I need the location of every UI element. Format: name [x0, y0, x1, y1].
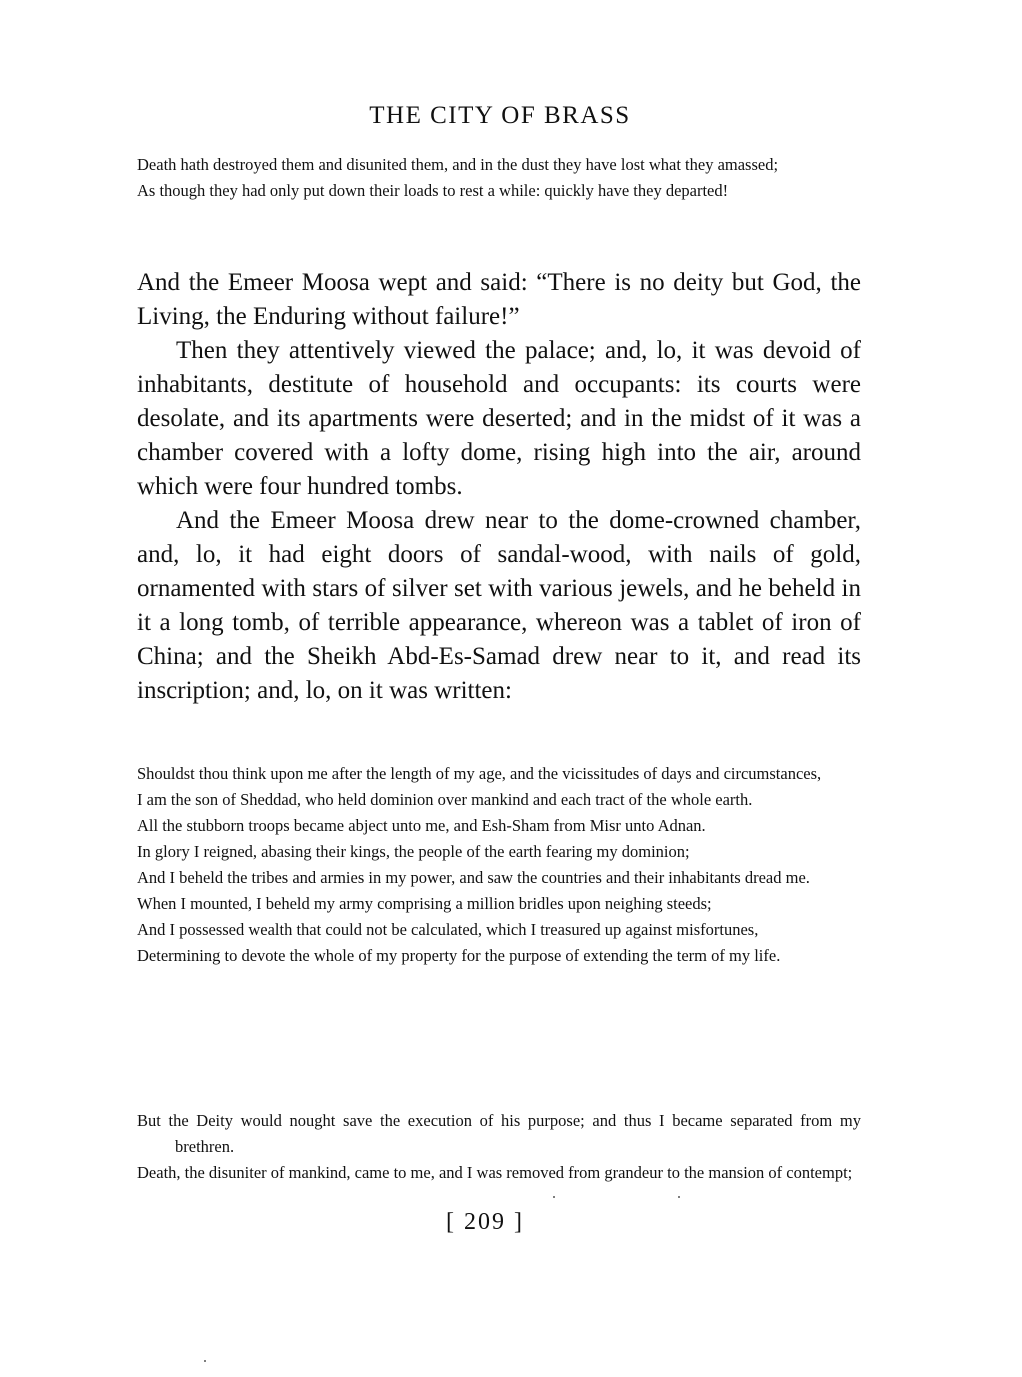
verse-line: In glory I reigned, abasing their kings,… [137, 839, 861, 865]
verse-line: I am the son of Sheddad, who held domini… [137, 787, 861, 813]
prose-block: And the Emeer Moosa wept and said: “Ther… [137, 266, 861, 708]
verse-line: As though they had only put down their l… [137, 178, 861, 204]
paragraph: Then they attentively viewed the palace;… [137, 334, 861, 504]
verse-line: Shouldst thou think upon me after the le… [137, 761, 861, 787]
verse-line: And I beheld the tribes and armies in my… [137, 865, 861, 891]
book-page: THE CITY OF BRASS Death hath destroyed t… [0, 0, 1022, 1377]
verse-line: But the Deity would nought save the exec… [137, 1108, 861, 1160]
verse-line: Death, the disuniter of mankind, came to… [137, 1160, 861, 1186]
scan-speck [553, 1196, 555, 1198]
paragraph: And the Emeer Moosa wept and said: “Ther… [137, 266, 861, 334]
verse-line: When I mounted, I beheld my army compris… [137, 891, 861, 917]
verse-line: Determining to devote the whole of my pr… [137, 943, 861, 969]
verse-block-top: Death hath destroyed them and disunited … [137, 152, 861, 204]
running-header: THE CITY OF BRASS [0, 102, 1000, 130]
paragraph: And the Emeer Moosa drew near to the dom… [137, 504, 861, 708]
scan-speck [204, 1360, 206, 1362]
verse-line: All the stubborn troops became abject un… [137, 813, 861, 839]
verse-line: And I possessed wealth that could not be… [137, 917, 861, 943]
verse-block-inscription: Shouldst thou think upon me after the le… [137, 761, 861, 969]
verse-block-bottom: But the Deity would nought save the exec… [137, 1108, 861, 1186]
verse-line: Death hath destroyed them and disunited … [137, 152, 861, 178]
page-number: [ 209 ] [0, 1209, 970, 1236]
scan-speck [678, 1196, 680, 1198]
